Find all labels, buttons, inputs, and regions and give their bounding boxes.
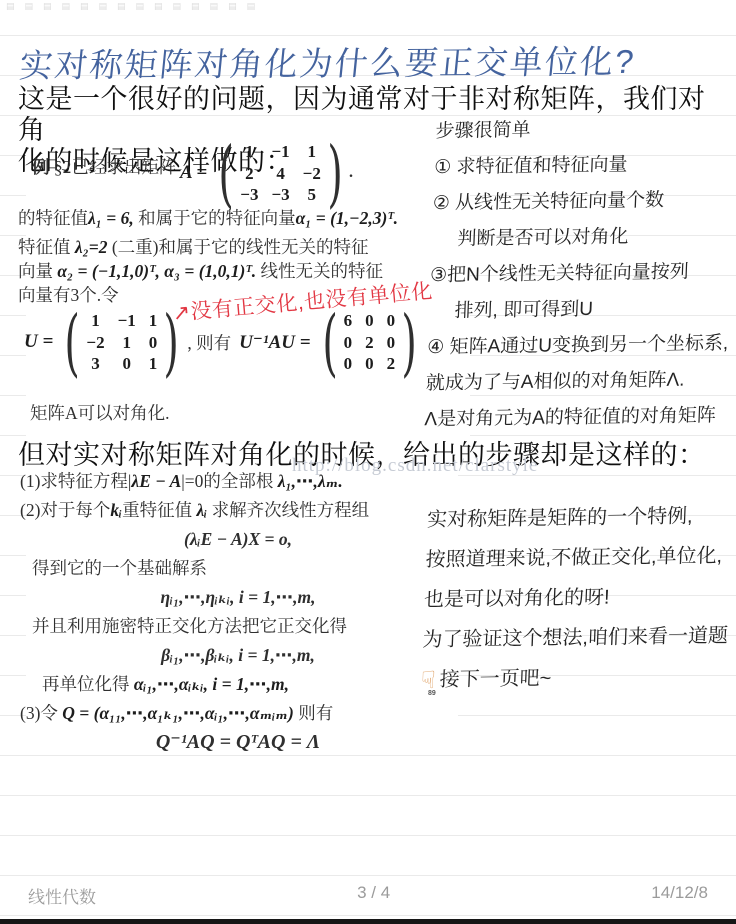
- text-run: 求解齐次线性方程组: [207, 500, 369, 520]
- pointing-down-hand-icon: ☟: [420, 667, 436, 694]
- handwritten-notes-comment: 实对称矩阵是矩阵的一个特例, 按照道理来说,不做正交化,单位化, 也是可以对角化…: [420, 496, 736, 701]
- matrix-a-equation: A = ( 1−11 24−2 −3−35 ) .: [180, 141, 353, 206]
- matrix-cell: 0: [387, 310, 396, 332]
- orthogonalize-text: 并且利用施密特正交化方法把它正交化得: [20, 615, 456, 637]
- matrix-cell: 2: [240, 163, 258, 185]
- handnote-line: 按照道理来说,不做正交化,单位化,: [425, 536, 736, 580]
- procedure-steps: (1)求特征方程|λE − A|=0的全部根 λ₁,⋯,λₘ. (2)对于每个k…: [20, 470, 456, 760]
- matrix-a-period: .: [349, 164, 353, 182]
- math-run: λE − A: [131, 471, 181, 491]
- text-run: 线性无关的特征: [256, 261, 383, 281]
- text-run: 则有: [294, 703, 333, 723]
- math-run: kᵢ: [110, 500, 122, 520]
- eigen-line-3: 向量 α₂ = (−1,1,0)ᵀ, α₃ = (1,0,1)ᵀ. 线性无关的特…: [18, 260, 383, 282]
- handnote-line: 也是可以对角化的呀!: [423, 576, 736, 620]
- matrix-cell: 2: [365, 332, 374, 354]
- handnote-line: 为了验证这个想法,咱们来看一道题: [422, 616, 736, 660]
- matrix-u: 1−11 −210 301: [86, 310, 157, 375]
- matrix-cell: 0: [344, 353, 353, 375]
- handnote-line: ③把N个线性无关特征向量按列: [429, 254, 736, 294]
- footer-course: 线性代数: [28, 883, 96, 908]
- matrix-cell: 1: [118, 332, 136, 354]
- matrix-cell: −1: [118, 310, 136, 332]
- matrix-cell: 1: [149, 310, 158, 332]
- handnote-line: 实对称矩阵是矩阵的一个特例,: [426, 496, 736, 540]
- handnote-line-text: 接下一页吧~: [439, 667, 552, 691]
- handwritten-notes-steps: 步骤很简单 ① 求特征值和特征向量 ② 从线性无关特征向量个数 判断是否可以对角…: [424, 110, 736, 438]
- eigen-line-1: 的特征值λ₁ = 6, 和属于它的特征向量α₁ = (1,−2,3)ᵀ.: [18, 207, 398, 229]
- text-run: (2)对于每个: [20, 500, 110, 520]
- example-lead-text: §2已经求出矩阵: [50, 157, 177, 177]
- page-footer: 线性代数 3 / 4 14/12/8: [0, 883, 736, 908]
- step-2: (2)对于每个kᵢ重特征值 λᵢ 求解齐次线性方程组: [20, 499, 456, 521]
- footer-date: 14/12/8: [651, 883, 708, 908]
- text-run: 和属于它的特征向量: [134, 208, 296, 228]
- matrix-cell: 5: [303, 184, 321, 206]
- text-run: (二重)和属于它的线性无关的特征: [112, 237, 369, 257]
- matrix-cell: 2: [387, 353, 396, 375]
- matrix-cell: 6: [344, 310, 353, 332]
- text-run: 重特征值: [122, 500, 196, 520]
- matrix-cell: 0: [149, 332, 158, 354]
- notebook-page: ▤ ▤ ▤ ▤ ▤ ▤ ▤ ▤ ▤ ▤ ▤ ▤ ▤ ▤ 实对称矩阵对角化为什么要…: [0, 0, 736, 924]
- top-icon-strip: ▤ ▤ ▤ ▤ ▤ ▤ ▤ ▤ ▤ ▤ ▤ ▤ ▤ ▤: [6, 1, 730, 12]
- matrix-cell: −1: [271, 141, 289, 163]
- normalize-line: 再单位化得 αᵢ₁,⋯,αᵢₖᵢ, i = 1,⋯,m,: [20, 673, 456, 695]
- handnote-line: 步骤很简单: [435, 110, 736, 150]
- left-paren-icon: (: [322, 310, 337, 375]
- text-run: (3)令: [20, 703, 62, 723]
- handnote-line: ① 求特征值和特征向量: [433, 146, 736, 186]
- math-run: Q = (α₁₁,⋯,α₁ₖ₁,⋯,αᵢ₁,⋯,αₘᵢₘ): [62, 703, 294, 723]
- matrix-cell: 0: [118, 353, 136, 375]
- then-text: , 则有: [187, 330, 231, 355]
- text-run: 再单位化得: [42, 674, 134, 694]
- matrix-cell: 0: [365, 310, 374, 332]
- step-2-text: 得到它的一个基础解系: [20, 557, 456, 579]
- footer-page-number: 3 / 4: [357, 883, 390, 908]
- text-run: 的特征值: [18, 208, 88, 228]
- matrix-cell: 3: [86, 353, 104, 375]
- handnote-line: ④ 矩阵A通过U变换到另一个坐标系,: [427, 326, 734, 366]
- matrix-cell: 1: [240, 141, 258, 163]
- example-label: 例: [32, 157, 50, 177]
- matrix-cell: −2: [86, 332, 104, 354]
- handnote-line: 就成为了与A相似的对角矩阵Λ.: [425, 362, 732, 402]
- text-run: (1)求特征方程|: [20, 471, 131, 491]
- math-run: λ₁ = 6,: [88, 208, 134, 228]
- text-run: 向量: [18, 261, 57, 281]
- handnote-line: ☟接下一页吧~: [420, 656, 734, 701]
- math-run: α₁ = (1,−2,3)ᵀ.: [296, 208, 398, 228]
- matrix-cell: 1: [303, 141, 321, 163]
- watermark: http://blog.csdn.net/clarstyle: [292, 455, 538, 477]
- text-run: |=0的全部根: [181, 471, 278, 491]
- matrix-cell: 0: [344, 332, 353, 354]
- matrix-u-label: U =: [24, 331, 53, 353]
- math-run: λᵢ: [197, 500, 208, 520]
- matrix-a-label: A =: [180, 162, 207, 184]
- math-run: λ₂=2: [75, 237, 112, 257]
- matrix-a: 1−11 24−2 −3−35: [240, 141, 321, 206]
- result-equation: Q⁻¹AQ = QᵀAQ = Λ: [20, 731, 456, 753]
- handnote-line: Λ是对角元为A的特征值的对角矩阵: [424, 398, 731, 438]
- example-lead: 例 §2已经求出矩阵: [32, 156, 176, 178]
- matrix-cell: 4: [271, 163, 289, 185]
- handnote-line: 排列, 即可得到U: [428, 290, 735, 330]
- handwritten-question-title: 实对称矩阵对角化为什么要正交单位化?: [17, 36, 637, 87]
- matrix-cell: −3: [271, 184, 289, 206]
- beta-vectors: βᵢ₁,⋯,βᵢₖᵢ, i = 1,⋯,m,: [20, 644, 456, 666]
- handnote-line: 判断是否可以对角化: [431, 218, 736, 258]
- math-run: αᵢ₁,⋯,αᵢₖᵢ, i = 1,⋯,m,: [134, 674, 289, 694]
- matrix-cell: 0: [387, 332, 396, 354]
- handnote-line: ② 从线性无关特征向量个数: [432, 182, 736, 222]
- matrix-cell: 1: [86, 310, 104, 332]
- right-paren-icon: ): [401, 310, 416, 375]
- right-paren-icon: ): [327, 141, 342, 206]
- text-run: 特征值: [18, 237, 75, 257]
- eigen-line-2: 特征值 λ₂=2 (二重)和属于它的线性无关的特征: [18, 236, 369, 258]
- step-3: (3)令 Q = (α₁₁,⋯,α₁ₖ₁,⋯,αᵢ₁,⋯,αₘᵢₘ) 则有: [20, 702, 456, 724]
- example-conclusion: 矩阵A可以对角化.: [30, 402, 170, 424]
- left-paren-icon: (: [65, 310, 80, 375]
- matrix-cell: −2: [303, 163, 321, 185]
- left-paren-icon: (: [219, 141, 234, 206]
- basis-solutions: ηᵢ₁,⋯,ηᵢₖᵢ, i = 1,⋯,m,: [20, 586, 456, 608]
- matrix-cell: −3: [240, 184, 258, 206]
- matrix-d-label: U⁻¹AU =: [239, 331, 310, 354]
- matrix-cell: 0: [365, 353, 374, 375]
- matrix-cell: 1: [149, 353, 158, 375]
- step-2-equation: (λᵢE − A)X = o,: [20, 528, 456, 550]
- matrix-d: 600 020 002: [344, 310, 396, 375]
- math-run: α₂ = (−1,1,0)ᵀ, α₃ = (1,0,1)ᵀ.: [57, 261, 256, 281]
- bottom-bar: [0, 919, 736, 924]
